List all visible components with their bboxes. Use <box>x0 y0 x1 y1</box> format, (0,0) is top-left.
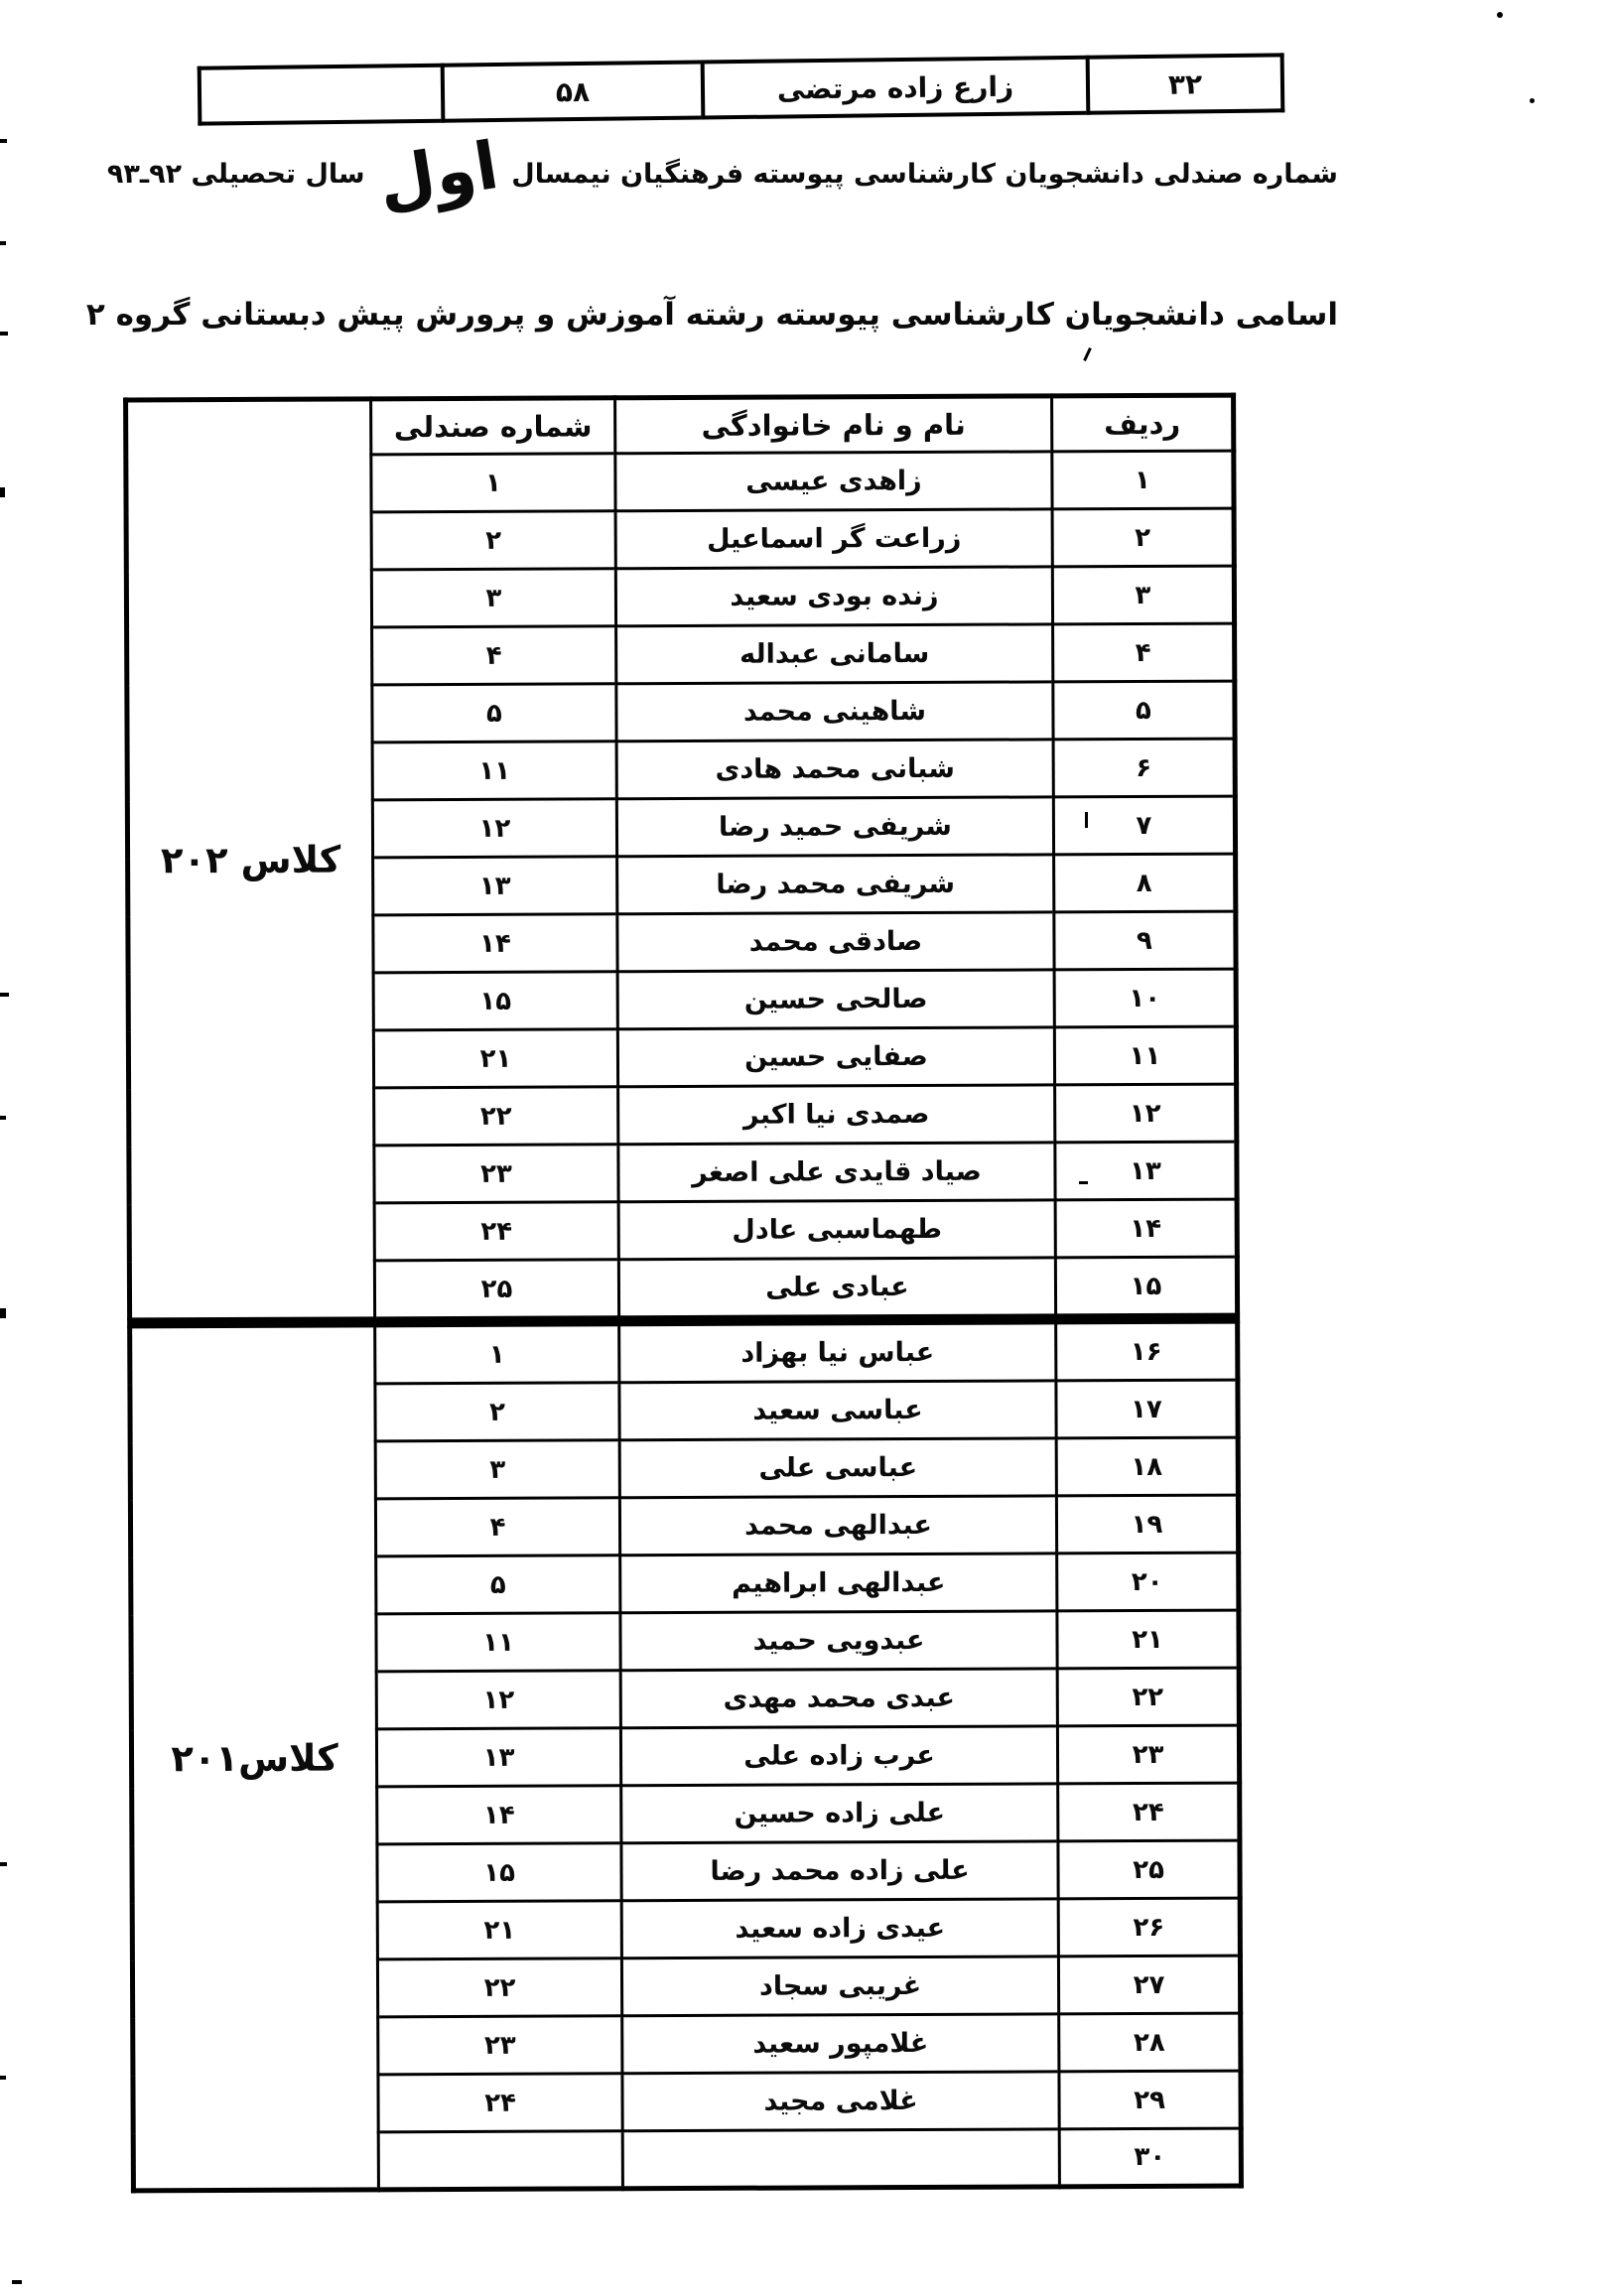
scan-artifact <box>1079 1181 1088 1184</box>
class-201-label: کلاس۲۰۱ <box>130 1326 379 2191</box>
name-cell: عباسی سعید <box>619 1381 1056 1440</box>
radif-cell: ۳۰ <box>1059 2128 1241 2187</box>
top-continuation-strip: ۳۲ زارع زاده مرتضی ۵۸ <box>198 53 1285 125</box>
name-cell: عبادی علی <box>618 1258 1055 1317</box>
radif-cell: ۷ <box>1053 796 1235 855</box>
scan-artifact <box>1085 812 1088 828</box>
radif-cell: ۶ <box>1053 739 1235 797</box>
name-cell: شریفی حمید رضا <box>616 797 1053 857</box>
seat-cell: ۲ <box>375 1383 619 1441</box>
headline1-academic-year: ۹۳ـ۹۲ <box>107 159 182 190</box>
header-name: نام و نام خانوادگی <box>615 396 1052 454</box>
name-cell: عباسی علی <box>619 1438 1056 1498</box>
radif-cell: ۱۸ <box>1056 1437 1238 1496</box>
name-cell: عباس نیا بهزاد <box>619 1323 1056 1383</box>
strip-empty-cell <box>200 66 444 124</box>
radif-cell: ۱ <box>1052 451 1234 509</box>
radif-cell: ۱۹ <box>1056 1495 1238 1553</box>
top-strip-row: ۳۲ زارع زاده مرتضی ۵۸ <box>200 55 1283 123</box>
name-cell: عبدالهی ابراهیم <box>620 1553 1057 1613</box>
seat-cell <box>378 2131 622 2190</box>
seat-cell: ۱ <box>375 1325 619 1384</box>
scan-artifact <box>0 1116 6 1120</box>
name-cell: شبانی محمد هادی <box>616 740 1053 799</box>
seat-cell: ۱۵ <box>377 1843 621 1902</box>
scan-artifact <box>0 139 7 143</box>
seat-cell: ۱۳ <box>373 857 617 915</box>
radif-cell: ۲۴ <box>1058 1783 1240 1841</box>
roster-table-wrap: ردیف نام و نام خانوادگی شماره صندلی کلاس… <box>123 393 1244 2194</box>
name-cell: عبدویی حمید <box>620 1611 1057 1671</box>
scan-artifact <box>0 241 6 245</box>
seat-cell: ۴ <box>372 626 616 685</box>
seat-cell: ۲۴ <box>374 1202 618 1261</box>
name-cell: صمدی نیا اکبر <box>618 1085 1055 1145</box>
seat-cell: ۱۴ <box>373 914 617 973</box>
strip-radif-cell: ۳۲ <box>1088 55 1283 112</box>
scanned-roster-page: ۳۲ زارع زاده مرتضی ۵۸ شماره صندلی دانشجو… <box>0 0 1612 2296</box>
seat-cell: ۵ <box>376 1555 620 1614</box>
radif-cell: ۲۶ <box>1058 1898 1240 1957</box>
scan-artifact <box>1530 98 1535 103</box>
seat-cell: ۱۱ <box>376 1613 620 1672</box>
scan-artifact <box>0 2076 6 2080</box>
radif-cell: ۲۷ <box>1058 1956 1240 2014</box>
radif-cell: ۲۲ <box>1057 1668 1239 1726</box>
seat-cell: ۲۳ <box>374 1145 618 1203</box>
name-cell: عبدی محمد مهدی <box>620 1669 1057 1728</box>
name-cell: غلامی مجید <box>622 2072 1059 2131</box>
seat-cell: ۳ <box>375 1440 619 1499</box>
name-cell <box>622 2129 1059 2189</box>
name-cell: علی زاده محمد رضا <box>621 1841 1058 1901</box>
students-table: ردیف نام و نام خانوادگی شماره صندلی کلاس… <box>123 393 1244 2194</box>
seat-cell: ۱ <box>371 454 615 512</box>
radif-cell: ۲۳ <box>1057 1725 1239 1784</box>
radif-cell: ۳ <box>1052 566 1234 624</box>
seat-cell: ۲۳ <box>378 2016 622 2075</box>
students-table-body: ردیف نام و نام خانوادگی شماره صندلی کلاس… <box>126 395 1242 2191</box>
seat-cell: ۲۵ <box>374 1260 618 1318</box>
scan-artifact <box>0 332 8 336</box>
name-cell: صالحی حسین <box>617 970 1054 1029</box>
name-cell: صیاد قایدی علی اصغر <box>618 1143 1055 1202</box>
name-cell: عیدی زاده سعید <box>621 1899 1058 1958</box>
headline1-left-text: سال تحصیلی <box>191 159 364 190</box>
radif-cell: ۱۷ <box>1056 1380 1238 1438</box>
name-cell: عبدالهی محمد <box>619 1496 1056 1555</box>
table-header-row: ردیف نام و نام خانوادگی شماره صندلی کلاس… <box>126 395 1234 456</box>
name-cell: سامانی عبداله <box>616 624 1053 684</box>
name-cell: صفایی حسین <box>617 1027 1054 1087</box>
radif-cell: ۲۱ <box>1057 1610 1239 1669</box>
name-cell: زاهدی عیسی <box>615 452 1052 511</box>
scan-artifact <box>12 2280 22 2284</box>
radif-cell: ۸ <box>1054 854 1236 912</box>
radif-cell: ۹ <box>1054 911 1236 970</box>
headline-seat-numbers: شماره صندلی دانشجویان کارشناسی پیوسته فر… <box>271 159 1338 190</box>
radif-cell: ۲۹ <box>1059 2071 1241 2129</box>
name-cell: عرب زاده علی <box>620 1726 1057 1786</box>
seat-cell: ۲۲ <box>377 1958 621 2017</box>
name-cell: زراعت گر اسماعیل <box>615 509 1052 569</box>
seat-cell: ۲۲ <box>374 1087 618 1146</box>
seat-cell: ۳ <box>371 569 615 627</box>
scan-artifact <box>0 993 9 997</box>
seat-cell: ۲۱ <box>377 1901 621 1959</box>
seat-cell: ۱۳ <box>376 1728 620 1787</box>
radif-cell: ۱۵ <box>1055 1257 1237 1315</box>
radif-cell: ۱۶ <box>1056 1322 1238 1381</box>
strip-seat-cell: ۵۸ <box>443 62 704 120</box>
class-202-label: کلاس ۲۰۲ <box>126 399 375 1319</box>
radif-cell: ۱۳ <box>1055 1142 1237 1200</box>
radif-cell: ۴ <box>1053 623 1235 682</box>
name-cell: علی زاده حسین <box>621 1784 1058 1843</box>
radif-cell: ۲ <box>1052 508 1234 567</box>
seat-cell: ۱۱ <box>372 742 616 800</box>
seat-cell: ۱۲ <box>372 799 616 858</box>
seat-cell: ۲۴ <box>378 2074 622 2132</box>
header-seat: شماره صندلی <box>371 398 615 455</box>
headline1-handwritten-aval: اول <box>379 166 497 185</box>
name-cell: غریبی سجاد <box>621 1957 1058 2016</box>
seat-cell: ۲ <box>371 511 615 570</box>
name-cell: شریفی محمد رضا <box>617 855 1054 914</box>
strip-name-cell: زارع زاده مرتضی <box>703 58 1089 118</box>
seat-cell: ۱۲ <box>376 1671 620 1729</box>
header-radif: ردیف <box>1052 395 1234 452</box>
name-cell: شاهینی محمد <box>616 682 1053 742</box>
scan-artifact <box>0 1862 7 1866</box>
scan-artifact <box>1083 347 1092 361</box>
seat-cell: ۱۵ <box>373 972 617 1030</box>
scan-artifact <box>1497 12 1503 18</box>
radif-cell: ۱۱ <box>1054 1026 1236 1085</box>
name-cell: غلامپور سعید <box>622 2014 1059 2074</box>
radif-cell: ۲۰ <box>1057 1553 1239 1611</box>
top-strip-table: ۳۲ زارع زاده مرتضی ۵۸ <box>198 53 1285 125</box>
radif-cell: ۲۵ <box>1058 1840 1240 1899</box>
scan-artifact <box>0 487 5 497</box>
seat-cell: ۱۴ <box>377 1786 621 1844</box>
radif-cell: ۲۸ <box>1059 2013 1241 2072</box>
radif-cell: ۱۰ <box>1054 969 1236 1027</box>
name-cell: صادقی محمد <box>617 912 1054 972</box>
seat-cell: ۴ <box>375 1498 619 1556</box>
name-cell: طهماسبی عادل <box>618 1200 1055 1260</box>
headline-student-names: اسامی دانشجویان کارشناسی پیوسته رشته آمو… <box>226 297 1338 333</box>
headline1-right-text: شماره صندلی دانشجویان کارشناسی پیوسته فر… <box>511 159 1338 190</box>
radif-cell: ۱۴ <box>1055 1199 1237 1258</box>
name-cell: زنده بودی سعید <box>615 567 1052 626</box>
scan-artifact <box>0 1308 6 1318</box>
table-row: ۱۶عباس نیا بهزاد۱کلاس۲۰۱ <box>130 1322 1238 1385</box>
seat-cell: ۵ <box>372 684 616 743</box>
radif-cell: ۵ <box>1053 681 1235 740</box>
seat-cell: ۲۱ <box>373 1029 617 1088</box>
radif-cell: ۱۲ <box>1055 1084 1237 1143</box>
